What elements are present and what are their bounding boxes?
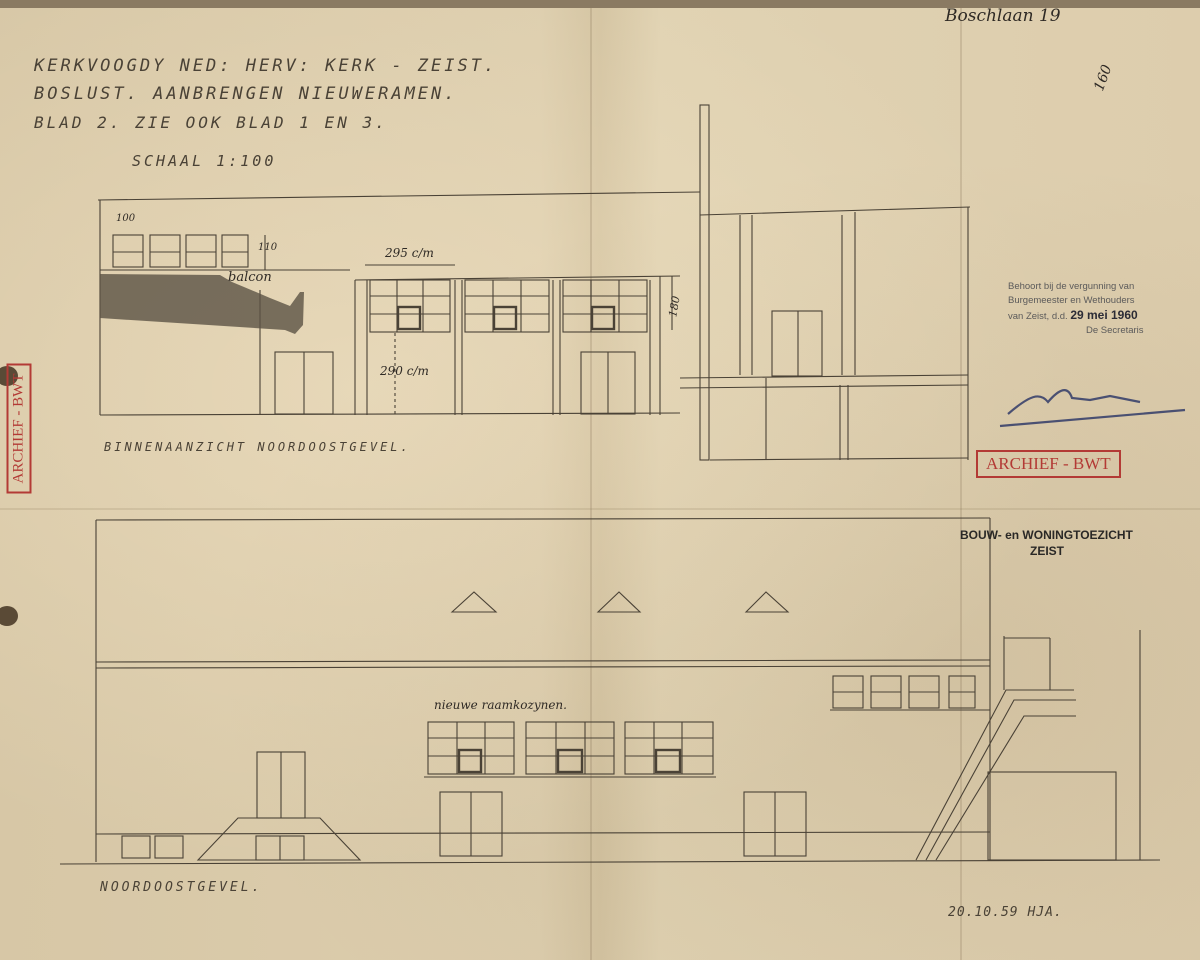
authority-stamp-line-2: ZEIST	[1030, 544, 1064, 558]
authority-stamp-line-1: BOUW- en WONINGTOEZICHT	[960, 528, 1133, 542]
signature-icon	[0, 0, 1200, 960]
